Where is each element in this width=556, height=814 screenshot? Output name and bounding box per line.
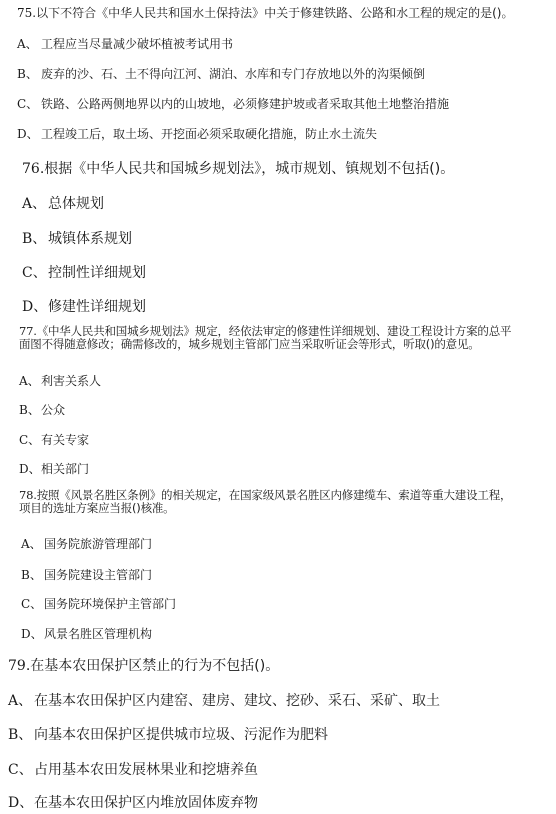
question-78-stem-line1: 78.按照《风景名胜区条例》的相关规定，在国家级风景名胜区内修建缆车、索道等重大… [19, 490, 511, 502]
option-letter: B、 [21, 569, 44, 581]
option-letter: B、 [17, 68, 41, 80]
question-text: 按照《风景名胜区条例》的相关规定，在国家级风景名胜区内修建缆车、索道等重大建设工… [37, 488, 512, 502]
option-letter: D、 [19, 463, 41, 475]
question-78-option-b: B、国务院建设主管部门 [21, 569, 152, 581]
question-79-stem: 79.在基本农田保护区禁止的行为不包括()。 [8, 659, 279, 673]
question-76-option-d: D、修建性详细规划 [22, 300, 146, 314]
question-text: 面图不得随意修改；确需修改的，城乡规划主管部门应当采取听证会等形式，听取()的意… [19, 337, 480, 351]
question-76-option-c: C、控制性详细规划 [22, 266, 146, 280]
question-75-option-d: D、工程竣工后，取土场、开挖面必须采取硬化措施，防止水土流失 [17, 128, 377, 140]
question-78-stem-line2: 项目的选址方案应当报()核准。 [19, 503, 174, 515]
question-78-option-a: A、国务院旅游管理部门 [21, 538, 152, 550]
option-text: 有关专家 [41, 433, 89, 447]
option-letter: D、 [17, 128, 41, 140]
option-text: 利害关系人 [41, 374, 101, 388]
question-75-option-c: C、铁路、公路两侧地界以内的山坡地，必须修建护坡或者采取其他土地整治措施 [17, 98, 449, 110]
question-79-option-c: C、占用基本农田发展林果业和挖塘养鱼 [8, 763, 258, 777]
option-text: 国务院建设主管部门 [44, 568, 152, 582]
question-76-option-b: B、城镇体系规划 [22, 232, 132, 246]
option-text: 铁路、公路两侧地界以内的山坡地，必须修建护坡或者采取其他土地整治措施 [41, 97, 449, 111]
question-text: 在基本农田保护区禁止的行为不包括()。 [30, 658, 279, 674]
question-77-option-b: B、公众 [19, 404, 65, 416]
option-letter: A、 [19, 375, 41, 387]
option-text: 在基本农田保护区内建窑、建房、建坟、挖砂、采石、采矿、取土 [34, 693, 440, 709]
option-text: 工程应当尽量减少破坏植被考试用书 [41, 37, 233, 51]
option-text: 向基本农田保护区提供城市垃圾、污泥作为肥料 [34, 727, 328, 743]
option-text: 工程竣工后，取土场、开挖面必须采取硬化措施，防止水土流失 [41, 127, 377, 141]
question-77-stem-line2: 面图不得随意修改；确需修改的，城乡规划主管部门应当采取听证会等形式，听取()的意… [19, 339, 480, 351]
option-text: 废弃的沙、石、土不得向江河、湖泊、水库和专门存放地以外的沟渠倾倒 [41, 67, 425, 81]
option-text: 公众 [41, 403, 65, 417]
option-text: 总体规划 [48, 196, 104, 212]
option-letter: C、 [21, 598, 44, 610]
option-text: 相关部门 [41, 462, 89, 476]
question-number: 77. [19, 324, 37, 338]
option-letter: D、 [21, 628, 44, 640]
option-letter: B、 [22, 232, 48, 246]
option-letter: B、 [19, 404, 41, 416]
option-letter: D、 [22, 300, 48, 314]
option-text: 国务院环境保护主管部门 [44, 597, 176, 611]
option-text: 城镇体系规划 [48, 231, 132, 247]
question-76-option-a: A、总体规划 [22, 197, 104, 211]
question-79-option-b: B、向基本农田保护区提供城市垃圾、污泥作为肥料 [8, 728, 328, 742]
question-text: 以下不符合《中华人民共和国水土保持法》中关于修建铁路、公路和水工程的规定的是()… [36, 6, 513, 20]
question-75-stem: 75.以下不符合《中华人民共和国水土保持法》中关于修建铁路、公路和水工程的规定的… [17, 7, 513, 19]
option-letter: A、 [8, 694, 34, 708]
option-letter: A、 [21, 538, 44, 550]
question-text: 《中华人民共和国城乡规划法》规定，经依法审定的修建性详细规划、建设工程设计方案的… [37, 324, 512, 338]
option-text: 国务院旅游管理部门 [44, 537, 152, 551]
question-77-stem-line1: 77.《中华人民共和国城乡规划法》规定，经依法审定的修建性详细规划、建设工程设计… [19, 326, 511, 338]
option-letter: B、 [8, 728, 34, 742]
question-75-option-b: B、废弃的沙、石、土不得向江河、湖泊、水库和专门存放地以外的沟渠倾倒 [17, 68, 425, 80]
question-76-stem: 76.根据《中华人民共和国城乡规划法》，城市规划、镇规划不包括()。 [22, 162, 454, 176]
question-number: 76. [22, 161, 44, 177]
question-78-option-d: D、风景名胜区管理机构 [21, 628, 152, 640]
option-letter: C、 [8, 763, 34, 777]
option-text: 控制性详细规划 [48, 265, 146, 281]
option-letter: C、 [19, 434, 41, 446]
option-text: 占用基本农田发展林果业和挖塘养鱼 [34, 762, 258, 778]
question-75-option-a: A、工程应当尽量减少破坏植被考试用书 [17, 38, 233, 50]
option-letter: D、 [8, 796, 34, 810]
question-79-option-d: D、在基本农田保护区内堆放固体废弃物 [8, 796, 258, 810]
option-letter: C、 [22, 266, 48, 280]
option-text: 风景名胜区管理机构 [44, 627, 152, 641]
question-78-option-c: C、国务院环境保护主管部门 [21, 598, 176, 610]
option-letter: A、 [17, 38, 41, 50]
question-77-option-d: D、相关部门 [19, 463, 89, 475]
question-77-option-a: A、利害关系人 [19, 375, 101, 387]
question-number: 78. [19, 488, 37, 502]
question-text: 根据《中华人民共和国城乡规划法》，城市规划、镇规划不包括()。 [44, 161, 454, 177]
question-number: 75. [17, 6, 36, 20]
question-77-option-c: C、有关专家 [19, 434, 89, 446]
question-79-option-a: A、在基本农田保护区内建窑、建房、建坟、挖砂、采石、采矿、取土 [8, 694, 440, 708]
question-text: 项目的选址方案应当报()核准。 [19, 501, 174, 515]
option-text: 修建性详细规划 [48, 299, 146, 315]
option-text: 在基本农田保护区内堆放固体废弃物 [34, 795, 258, 811]
question-number: 79. [8, 658, 30, 674]
option-letter: A、 [22, 197, 48, 211]
option-letter: C、 [17, 98, 41, 110]
